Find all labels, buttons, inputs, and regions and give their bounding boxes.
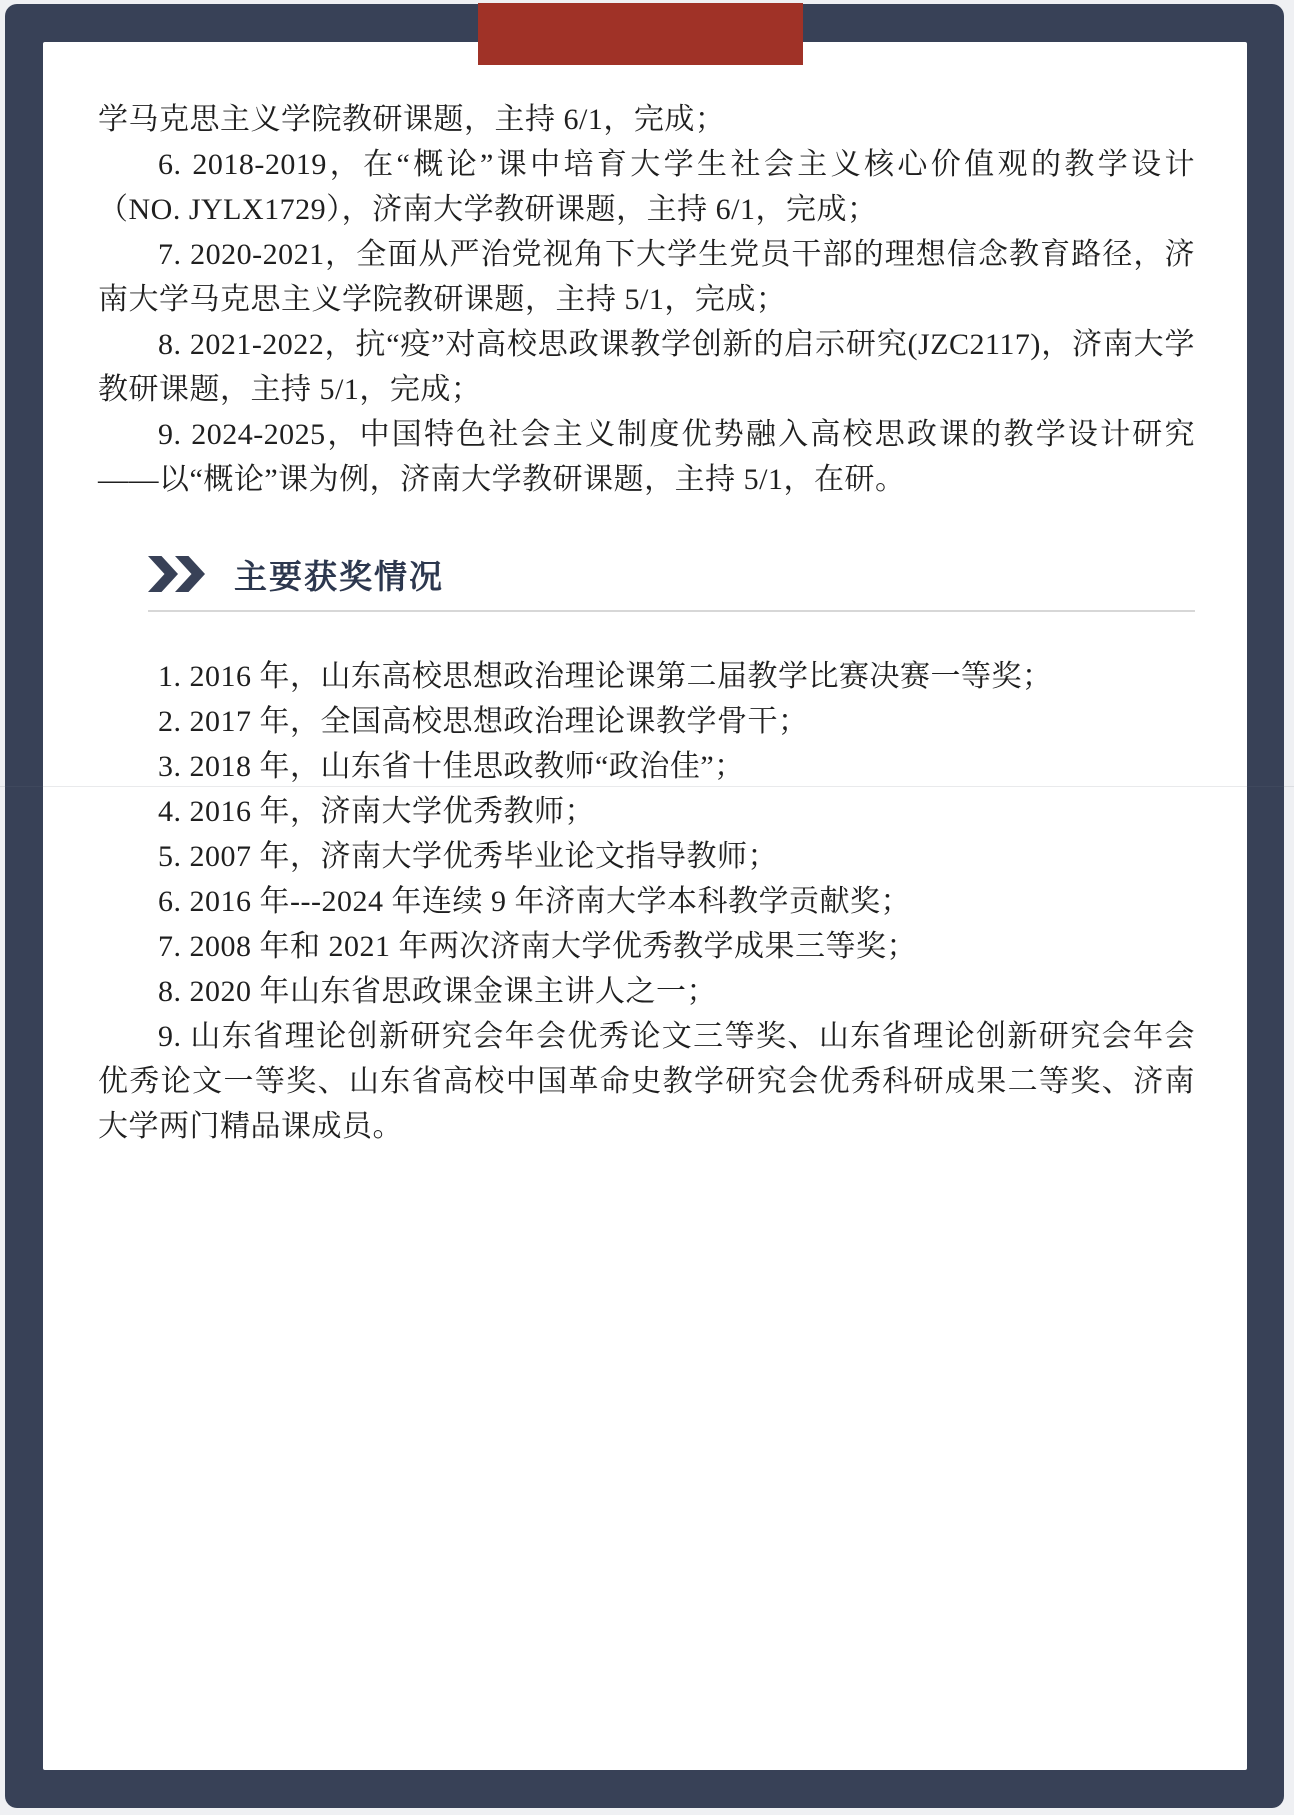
- document-canvas: 学马克思主义学院教研课题，主持 6/1，完成； 6. 2018-2019，在“概…: [0, 0, 1294, 1815]
- research-item: 6. 2018-2019，在“概论”课中培育大学生社会主义核心价值观的教学设计（…: [98, 142, 1195, 232]
- research-item: 8. 2021-2022，抗“疫”对高校思政课教学创新的启示研究(JZC2117…: [98, 322, 1195, 412]
- award-item: 1. 2016 年，山东高校思想政治理论课第二届教学比赛决赛一等奖；: [98, 654, 1195, 699]
- award-item: 5. 2007 年，济南大学优秀毕业论文指导教师；: [98, 834, 1195, 879]
- award-item: 9. 山东省理论创新研究会年会优秀论文三等奖、山东省理论创新研究会年会优秀论文一…: [98, 1014, 1195, 1149]
- award-item: 2. 2017 年，全国高校思想政治理论课教学骨干；: [98, 699, 1195, 744]
- awards-list: 1. 2016 年，山东高校思想政治理论课第二届教学比赛决赛一等奖； 2. 20…: [98, 654, 1195, 1149]
- award-item: 4. 2016 年，济南大学优秀教师；: [98, 789, 1195, 834]
- page-content: 学马克思主义学院教研课题，主持 6/1，完成； 6. 2018-2019，在“概…: [43, 42, 1247, 1149]
- research-item: 9. 2024-2025，中国特色社会主义制度优势融入高校思政课的教学设计研究—…: [98, 412, 1195, 502]
- document-page: 学马克思主义学院教研课题，主持 6/1，完成； 6. 2018-2019，在“概…: [43, 42, 1247, 1770]
- award-item: 6. 2016 年---2024 年连续 9 年济南大学本科教学贡献奖；: [98, 879, 1195, 924]
- awards-section-title: 主要获奖情况: [234, 551, 444, 598]
- award-item: 7. 2008 年和 2021 年两次济南大学优秀教学成果三等奖；: [98, 924, 1195, 969]
- bookmark-tab: [478, 3, 803, 65]
- section-divider-line: [148, 610, 1195, 612]
- award-item: 8. 2020 年山东省思政课金课主讲人之一；: [98, 969, 1195, 1014]
- chevron-right-icon: [148, 556, 178, 592]
- research-item-continuation: 学马克思主义学院教研课题，主持 6/1，完成；: [98, 97, 1195, 142]
- research-item: 7. 2020-2021，全面从严治党视角下大学生党员干部的理想信念教育路径，济…: [98, 232, 1195, 322]
- page-seam-line: [0, 786, 1294, 787]
- chevron-right-icon: [175, 556, 205, 592]
- award-item: 3. 2018 年，山东省十佳思政教师“政治佳”；: [98, 744, 1195, 789]
- awards-section-header: 主要获奖情况: [148, 554, 1195, 594]
- double-chevron-right-icon: [148, 556, 202, 592]
